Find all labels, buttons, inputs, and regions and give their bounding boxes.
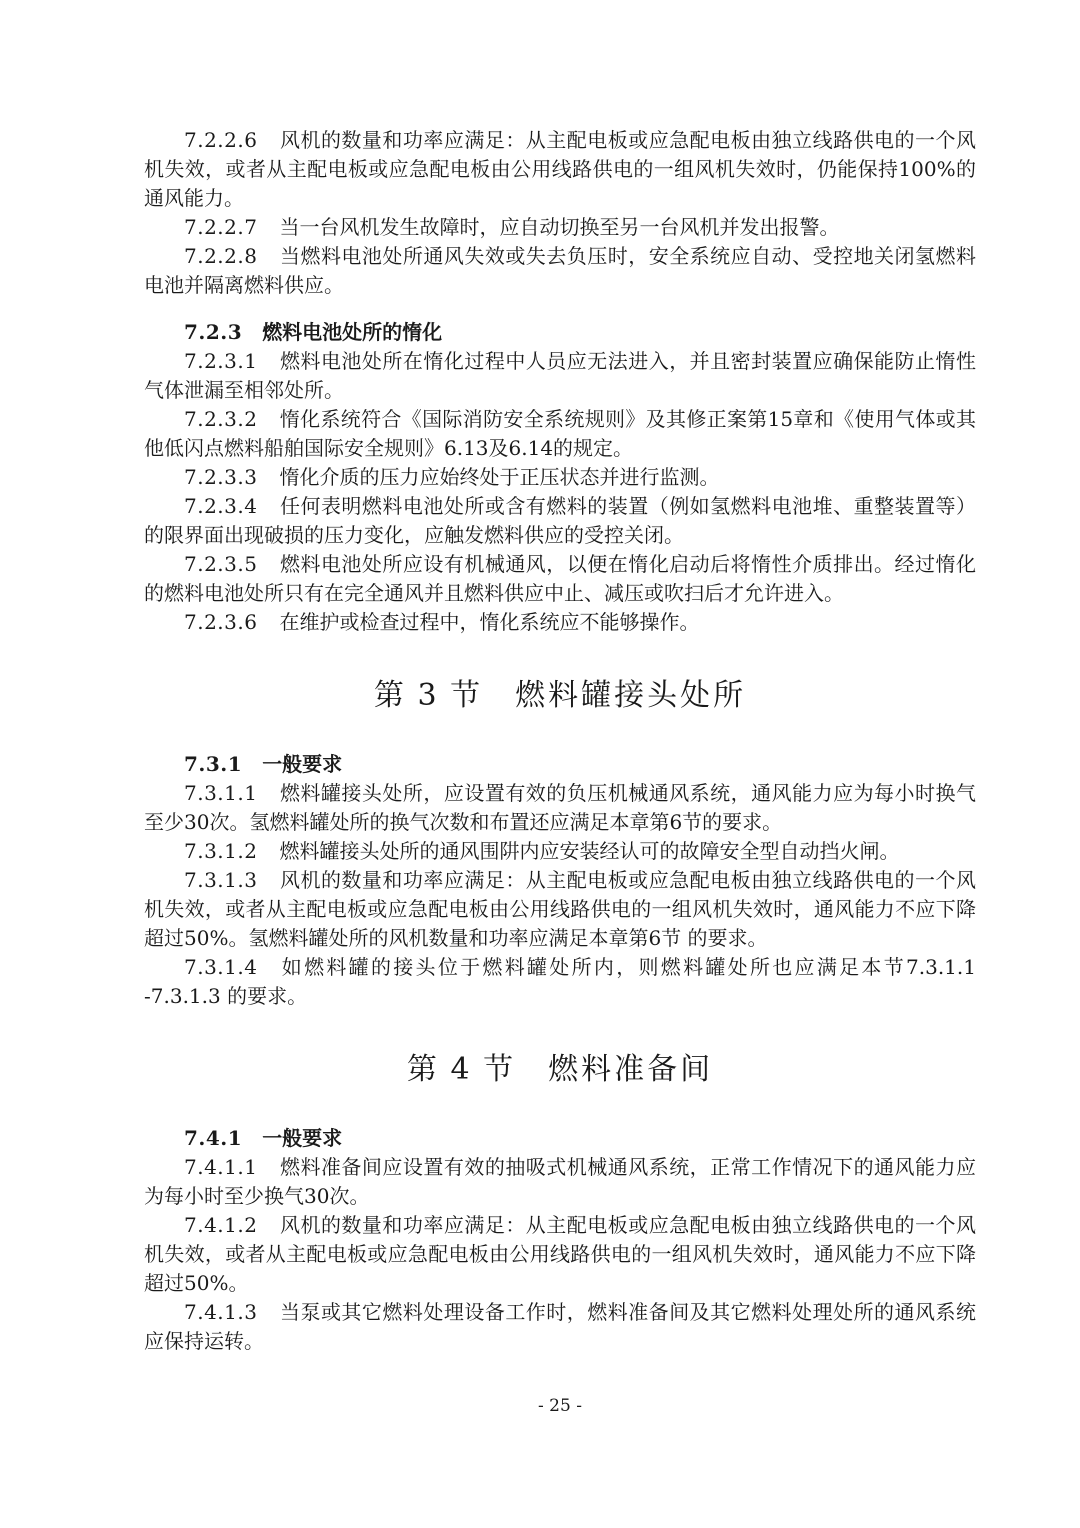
para-7.4.1.1: 7.4.1.1燃料准备间应设置有效的抽吸式机械通风系统，正常工作情况下的通风能力… — [144, 1153, 976, 1211]
subheading-title: 一般要求 — [262, 752, 342, 776]
clause-number: 7.4.1.2 — [184, 1213, 257, 1237]
subheading-7.4.1: 7.4.1一般要求 — [144, 1124, 976, 1153]
para-7.3.1.3: 7.3.1.3风机的数量和功率应满足：从主配电板或应急配电板由独立线路供电的一个… — [144, 866, 976, 953]
para-7.2.3.3: 7.2.3.3惰化介质的压力应始终处于正压状态并进行监测。 — [144, 463, 976, 492]
section-label: 第 4 节 — [407, 1052, 515, 1087]
clause-number: 7.2.3.2 — [184, 407, 257, 431]
clause-text: 任何表明燃料电池处所或含有燃料的装置（例如氢燃料电池堆、重整装置等）的限界面出现… — [144, 494, 976, 547]
clause-number: 7.4.1 — [184, 1126, 242, 1150]
clause-number: 7.2.3.1 — [184, 349, 257, 373]
para-7.2.3.1: 7.2.3.1燃料电池处所在惰化过程中人员应无法进入，并且密封装置应确保能防止惰… — [144, 347, 976, 405]
clause-number: 7.2.3 — [184, 320, 242, 344]
para-7.2.3.6: 7.2.3.6在维护或检查过程中，惰化系统应不能够操作。 — [144, 608, 976, 637]
clause-text: 风机的数量和功率应满足：从主配电板或应急配电板由独立线路供电的一个风机失效，或者… — [144, 128, 976, 210]
clause-number: 7.3.1.3 — [184, 868, 257, 892]
clause-text: 燃料电池处所应设有机械通风，以便在惰化启动后将惰性介质排出。经过惰化的燃料电池处… — [144, 552, 976, 605]
para-7.2.2.6: 7.2.2.6风机的数量和功率应满足：从主配电板或应急配电板由独立线路供电的一个… — [144, 126, 976, 213]
para-7.2.3.4: 7.2.3.4任何表明燃料电池处所或含有燃料的装置（例如氢燃料电池堆、重整装置等… — [144, 492, 976, 550]
clause-number: 7.4.1.1 — [184, 1155, 257, 1179]
section-title-4: 第 4 节燃料准备间 — [144, 1047, 976, 1092]
clause-number: 7.2.3.3 — [184, 465, 257, 489]
clause-text: 如燃料罐的接头位于燃料罐处所内，则燃料罐处所也应满足本节7.3.1.1 -7.3… — [144, 955, 976, 1008]
clause-text: 风机的数量和功率应满足：从主配电板或应急配电板由独立线路供电的一个风机失效，或者… — [144, 868, 976, 950]
clause-text: 当泵或其它燃料处理设备工作时，燃料准备间及其它燃料处理处所的通风系统应保持运转。 — [144, 1300, 976, 1353]
para-7.4.1.3: 7.4.1.3当泵或其它燃料处理设备工作时，燃料准备间及其它燃料处理处所的通风系… — [144, 1298, 976, 1356]
document-body: 7.2.2.6风机的数量和功率应满足：从主配电板或应急配电板由独立线路供电的一个… — [144, 126, 976, 1356]
clause-number: 7.3.1.4 — [184, 955, 257, 979]
section-name: 燃料罐接头处所 — [515, 678, 746, 713]
clause-number: 7.2.2.7 — [184, 215, 257, 239]
clause-text: 燃料罐接头处所，应设置有效的负压机械通风系统，通风能力应为每小时换气至少30次。… — [144, 781, 976, 834]
clause-number: 7.2.3.6 — [184, 610, 257, 634]
clause-text: 惰化系统符合《国际消防安全系统规则》及其修正案第15章和《使用气体或其他低闪点燃… — [144, 407, 976, 460]
subheading-7.3.1: 7.3.1一般要求 — [144, 750, 976, 779]
subheading-title: 燃料电池处所的惰化 — [262, 320, 442, 344]
clause-number: 7.4.1.3 — [184, 1300, 257, 1324]
clause-text: 在维护或检查过程中，惰化系统应不能够操作。 — [279, 610, 699, 634]
clause-text: 当一台风机发生故障时，应自动切换至另一台风机并发出报警。 — [279, 215, 839, 239]
clause-text: 燃料准备间应设置有效的抽吸式机械通风系统，正常工作情况下的通风能力应为每小时至少… — [144, 1155, 976, 1208]
clause-number: 7.3.1.2 — [184, 839, 257, 863]
clause-text: 风机的数量和功率应满足：从主配电板或应急配电板由独立线路供电的一个风机失效，或者… — [144, 1213, 976, 1295]
section-name: 燃料准备间 — [548, 1052, 713, 1087]
para-7.3.1.4: 7.3.1.4如燃料罐的接头位于燃料罐处所内，则燃料罐处所也应满足本节7.3.1… — [144, 953, 976, 1011]
document-page: 7.2.2.6风机的数量和功率应满足：从主配电板或应急配电板由独立线路供电的一个… — [0, 0, 1080, 1528]
para-7.3.1.2: 7.3.1.2燃料罐接头处所的通风围阱内应安装经认可的故障安全型自动挡火闸。 — [144, 837, 976, 866]
clause-number: 7.2.3.4 — [184, 494, 257, 518]
para-7.4.1.2: 7.4.1.2风机的数量和功率应满足：从主配电板或应急配电板由独立线路供电的一个… — [144, 1211, 976, 1298]
subheading-title: 一般要求 — [262, 1126, 342, 1150]
subheading-7.2.3: 7.2.3燃料电池处所的惰化 — [144, 318, 976, 347]
para-7.2.2.8: 7.2.2.8当燃料电池处所通风失效或失去负压时，安全系统应自动、受控地关闭氢燃… — [144, 242, 976, 300]
clause-number: 7.3.1 — [184, 752, 242, 776]
para-7.3.1.1: 7.3.1.1燃料罐接头处所，应设置有效的负压机械通风系统，通风能力应为每小时换… — [144, 779, 976, 837]
page-number: - 25 - — [144, 1396, 976, 1416]
para-7.2.2.7: 7.2.2.7当一台风机发生故障时，应自动切换至另一台风机并发出报警。 — [144, 213, 976, 242]
clause-number: 7.2.3.5 — [184, 552, 257, 576]
para-7.2.3.2: 7.2.3.2惰化系统符合《国际消防安全系统规则》及其修正案第15章和《使用气体… — [144, 405, 976, 463]
clause-text: 燃料电池处所在惰化过程中人员应无法进入，并且密封装置应确保能防止惰性气体泄漏至相… — [144, 349, 976, 402]
clause-text: 当燃料电池处所通风失效或失去负压时，安全系统应自动、受控地关闭氢燃料电池并隔离燃… — [144, 244, 976, 297]
clause-number: 7.3.1.1 — [184, 781, 257, 805]
clause-number: 7.2.2.8 — [184, 244, 257, 268]
para-7.2.3.5: 7.2.3.5燃料电池处所应设有机械通风，以便在惰化启动后将惰性介质排出。经过惰… — [144, 550, 976, 608]
section-title-3: 第 3 节燃料罐接头处所 — [144, 673, 976, 718]
section-label: 第 3 节 — [374, 678, 482, 713]
clause-number: 7.2.2.6 — [184, 128, 257, 152]
clause-text: 惰化介质的压力应始终处于正压状态并进行监测。 — [279, 465, 719, 489]
clause-text: 燃料罐接头处所的通风围阱内应安装经认可的故障安全型自动挡火闸。 — [279, 839, 899, 863]
